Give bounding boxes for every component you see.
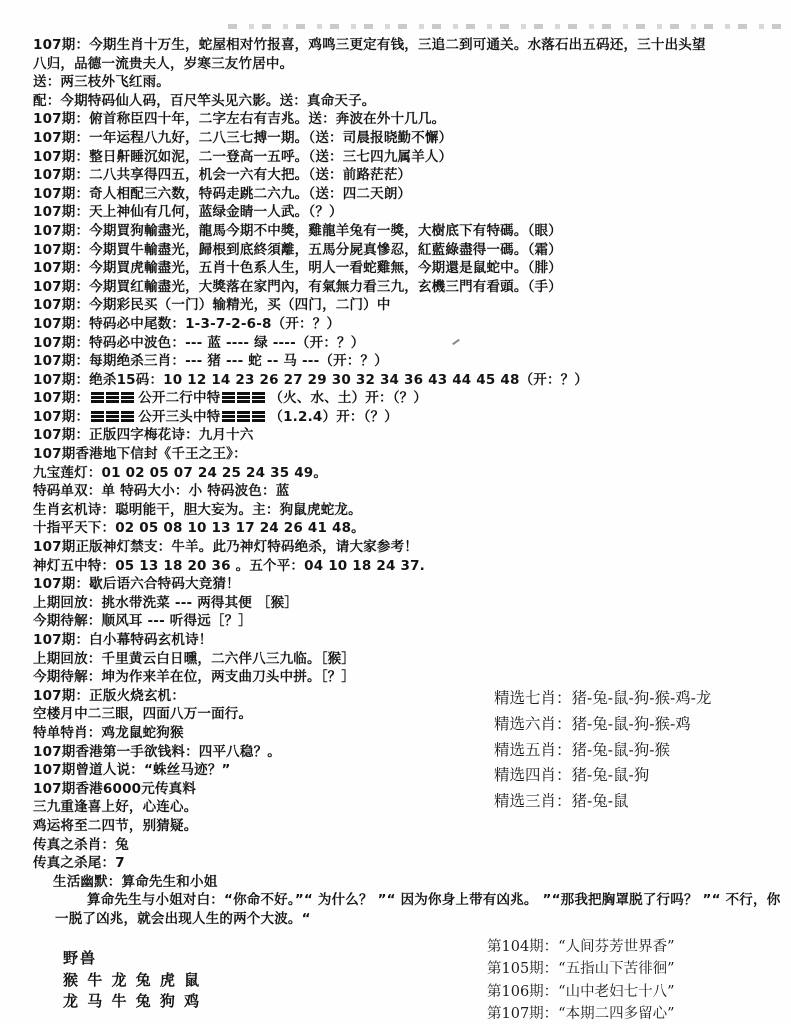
beast-row: 猴 牛 龙 兔 虎 鼠 xyxy=(63,970,201,992)
history-line: 第104期：“人间芬芳世界香” xyxy=(487,936,675,958)
text-line: 107期：特码必中尾数：1-3-7-2-6-8（开：？） xyxy=(33,315,789,334)
text-line: 生肖玄机诗：聪明能干，胆大妄为。主：狗鼠虎蛇龙。 xyxy=(33,501,789,520)
history-line: 第106期：“山中老妇七十八” xyxy=(487,981,675,1003)
text-line: 107期：白小幕特码玄机诗！ xyxy=(33,631,789,650)
pick-line: 精选四肖：猪-兔-鼠-狗 xyxy=(494,763,711,789)
text-line: 107期：特码必中波色：--- 蓝 ---- 绿 ----（开：？） xyxy=(33,334,789,353)
text-line: 107期：奇人相配三六数，特码走跳二六九。（送：四二天朗） xyxy=(33,185,789,204)
text-line: 配：今期特码仙人码，百尺竿头见六影。送：真命天子。 xyxy=(33,92,789,111)
text-line: 107期：天上神仙有几何，蓝绿金睛一人武。（？） xyxy=(33,203,789,222)
line-prefix: 107期： xyxy=(33,409,89,425)
text-line: 107期：歇后语六合特码大竞猜！ xyxy=(33,575,789,594)
history-line: 第107期：“本期二四多留心” xyxy=(487,1003,675,1024)
text-line: 送：两三枝外飞红雨。 xyxy=(33,73,789,92)
text-line: 上期回放：千里黄云白日曛，二六伴八三九临。［猴］ xyxy=(33,650,789,669)
lottery-tip-sheet: 107期：今期生肖十万生，蛇屋相对竹报喜，鸡鸣三更定有钱，三追二到可通关。水落石… xyxy=(0,0,791,1024)
text-line: 107期：正版四字梅花诗：九月十六 xyxy=(33,426,789,445)
text-line: 107期：今期買狗輸盡光，龍馬今期不中獎，雞龍羊兔有一獎，大樹底下有特碼。（眼） xyxy=(33,222,789,241)
pick-line: 精选五肖：猪-兔-鼠-狗-猴 xyxy=(494,738,711,764)
text-line: 107期：一年运程八九好，二八三七搏一期。（送：司晨报晓勤不懈） xyxy=(33,129,789,148)
line-mid: 公开三头中特 xyxy=(138,409,220,425)
text-line: 鸡运将至二四节，别猜疑。 xyxy=(33,817,789,836)
line-mid: 公开二行中特 xyxy=(138,390,220,406)
beast-title: 野兽 xyxy=(63,948,201,970)
text-line: 传真之杀尾：7 xyxy=(33,854,789,873)
zodiac-picks-column: 精选七肖：猪-兔-鼠-狗-猴-鸡-龙 精选六肖：猪-兔-鼠-狗-猴-鸡 精选五肖… xyxy=(494,686,711,815)
beast-row: 龙 马 牛 兔 狗 鸡 xyxy=(63,991,201,1013)
humor-text-line: 一脱了凶兆，就会出现人生的两个大波。“ xyxy=(33,910,789,929)
pick-line: 精选三肖：猪-兔-鼠 xyxy=(494,789,711,815)
text-line: 107期正版神灯禁支：牛羊。此乃神灯特码绝杀，请大家参考！ xyxy=(33,538,789,557)
trigram-icon xyxy=(91,409,136,428)
text-line: 神灯五中特：05 13 18 20 36 。五个平：04 10 18 24 37… xyxy=(33,557,789,576)
text-line: 107期：今期買牛輸盡光，歸根到底終須離，五馬分屍真慘忍，紅藍綠盡得一碼。（霜） xyxy=(33,241,789,260)
pick-line: 精选七肖：猪-兔-鼠-狗-猴-鸡-龙 xyxy=(494,686,711,712)
text-line: 107期：今期買虎輸盡光，五肖十色系人生，明人一看蛇雞無，今期還是鼠蛇中。（腓） xyxy=(33,259,789,278)
text-line: 107期：俯首称臣四十年，二字左右有吉兆。送：奔波在外十几几。 xyxy=(33,110,789,129)
trigram-icon xyxy=(91,390,136,409)
text-line-trigram: 107期：公开二行中特（火、水、土）开：（？） xyxy=(33,389,789,408)
trigram-icon xyxy=(222,390,267,409)
line-suffix: （火、水、土）开：（？） xyxy=(269,390,427,406)
text-line: 107期：今期買红輸盡光，大獎落在家門內，有氣無力看三九，玄機三門有看頭。（手） xyxy=(33,278,789,297)
text-line: 传真之杀肖：兔 xyxy=(33,836,789,855)
text-line: 今期待解：顺风耳 --- 听得远［？］ xyxy=(33,612,789,631)
text-line: 107期香港地下信封《千王之王》： xyxy=(33,445,789,464)
line-prefix: 107期： xyxy=(33,390,89,406)
cutoff-text-remnant xyxy=(228,24,784,29)
text-line: 九宝莲灯：01 02 05 07 24 25 24 35 49。 xyxy=(33,464,789,483)
text-line: 107期：今期生肖十万生，蛇屋相对竹报喜，鸡鸣三更定有钱，三追二到可通关。水落石… xyxy=(33,36,789,55)
text-line-trigram: 107期：公开三头中特（1.2.4）开：（？） xyxy=(33,408,789,427)
humor-text-line: 算命先生与小姐对白：“你命不好。”“ 为什么？ ”“ 因为你身上带有凶兆。 ”“… xyxy=(33,891,789,910)
text-line: 十指平天下：02 05 08 10 13 17 24 26 41 48。 xyxy=(33,519,789,538)
beast-zodiac-block: 野兽 猴 牛 龙 兔 虎 鼠 龙 马 牛 兔 狗 鸡 xyxy=(63,948,201,1013)
text-line: 特码单双：单 特码大小：小 特码波色：蓝 xyxy=(33,482,789,501)
history-line: 第105期：“五指山下苦徘徊” xyxy=(487,958,675,980)
text-line: 107期：今期彩民买（一门）输精光，买（四门，二门）中 xyxy=(33,296,789,315)
text-line: 八归，品德一流贵夫人，岁寒三友竹居中。 xyxy=(33,55,789,74)
line-suffix: （1.2.4）开：（？） xyxy=(269,409,398,425)
pick-line: 精选六肖：猪-兔-鼠-狗-猴-鸡 xyxy=(494,712,711,738)
text-line: 107期：每期绝杀三肖：--- 猪 --- 蛇 -- 马 ---（开：？） xyxy=(33,352,789,371)
humor-title-line: 生活幽默：算命先生和小姐 xyxy=(33,873,789,892)
text-line: 107期：绝杀15码：10 12 14 23 26 27 29 30 32 34… xyxy=(33,371,789,390)
trigram-icon xyxy=(222,409,267,428)
past-periods-list: 第104期：“人间芬芳世界香” 第105期：“五指山下苦徘徊” 第106期：“山… xyxy=(487,936,675,1024)
text-line: 107期：整日鼾睡沉如泥，二一登高一五呼。（送：三七四九属羊人） xyxy=(33,148,789,167)
text-line: 今期待解：坤为作来羊在位，两支曲刀头中拼。［？］ xyxy=(33,668,789,687)
text-line: 107期：二八共享得四五，机会一六有大把。（送：前路茫茫） xyxy=(33,166,789,185)
text-line: 上期回放：挑水带洗菜 --- 两得其便 ［猴］ xyxy=(33,594,789,613)
